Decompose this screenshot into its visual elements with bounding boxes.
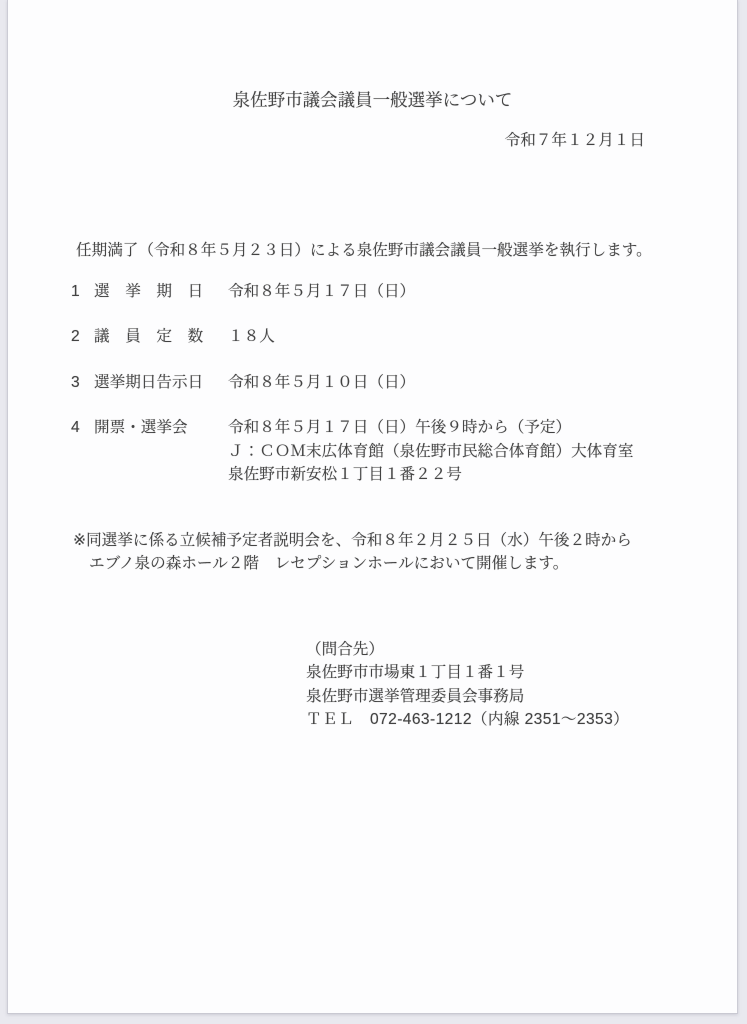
item-number: 4 xyxy=(71,416,94,439)
item-value-line: １８人 xyxy=(228,328,275,345)
item-label: 議 員 定 数 xyxy=(94,325,204,348)
item-value-line: 令和８年５月１７日（日）午後９時から（予定） xyxy=(228,416,633,439)
contact-office: 泉佐野市選挙管理委員会事務局 xyxy=(306,685,629,708)
item-value-line: Ｊ：ＣＯＭ末広体育館（泉佐野市民総合体育館）大体育室 xyxy=(228,440,633,463)
item-value-line: 令和８年５月１７日（日） xyxy=(228,283,415,300)
document-title: 泉佐野市議会議員一般選挙について xyxy=(8,88,737,112)
numbered-items-list: 1 選 挙 期 日 令和８年５月１７日（日） 2 議 員 定 数 １８人 3 選… xyxy=(71,280,633,508)
contact-heading: （問合先） xyxy=(306,638,629,661)
contact-telephone: ＴＥＬ 072-463-1212（内線 2351～2353） xyxy=(306,708,629,731)
document-date: 令和７年１２月１日 xyxy=(8,129,737,152)
item-notice-date: 3 選挙期日告示日 令和８年５月１０日（日） xyxy=(71,371,633,394)
item-seat-count: 2 議 員 定 数 １８人 xyxy=(71,325,633,348)
item-counting-venue: 4 開票・選挙会 令和８年５月１７日（日）午後９時から（予定） Ｊ：ＣＯＭ末広体… xyxy=(71,416,633,486)
item-election-date: 1 選 挙 期 日 令和８年５月１７日（日） xyxy=(71,280,633,303)
candidate-briefing-note: ※同選挙に係る立候補予定者説明会を、令和８年２月２５日（水）午後２時から エブノ… xyxy=(73,529,632,575)
item-number: 3 xyxy=(71,371,94,394)
contact-address: 泉佐野市市場東１丁目１番１号 xyxy=(306,661,629,684)
item-label: 選 挙 期 日 xyxy=(94,280,204,303)
contact-block: （問合先） 泉佐野市市場東１丁目１番１号 泉佐野市選挙管理委員会事務局 ＴＥＬ … xyxy=(306,638,629,731)
note-line: エブノ泉の森ホール２階 レセプションホールにおいて開催します。 xyxy=(73,552,632,575)
item-value-line: 泉佐野市新安松１丁目１番２２号 xyxy=(228,463,633,486)
item-value-line: 令和８年５月１０日（日） xyxy=(228,374,415,391)
item-label: 開票・選挙会 xyxy=(94,416,204,439)
photographed-document: { "doc": { "title": "泉佐野市議会議員一般選挙について", … xyxy=(0,0,747,1024)
item-label: 選挙期日告示日 xyxy=(94,371,204,394)
intro-paragraph: 任期満了（令和８年５月２３日）による泉佐野市議会議員一般選挙を執行します。 xyxy=(76,239,652,262)
document-page: 泉佐野市議会議員一般選挙について 令和７年１２月１日 任期満了（令和８年５月２３… xyxy=(7,0,738,1014)
item-number: 1 xyxy=(71,280,94,303)
item-number: 2 xyxy=(71,325,94,348)
note-line: ※同選挙に係る立候補予定者説明会を、令和８年２月２５日（水）午後２時から xyxy=(73,529,632,552)
